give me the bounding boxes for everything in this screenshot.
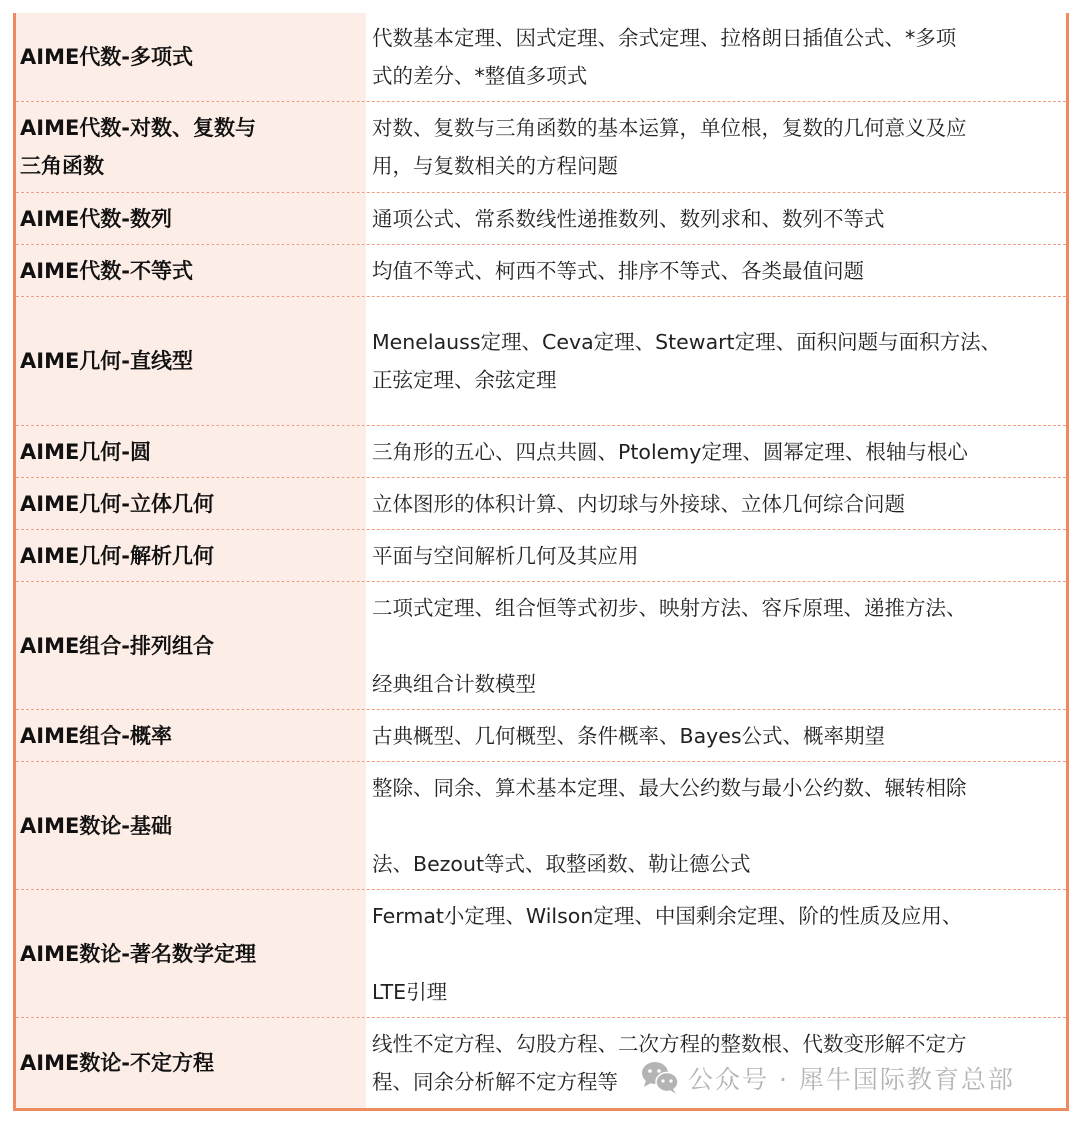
topic-line: AIME代数-多项式 [20,38,193,76]
topic-cell: AIME几何-直线型 [16,297,366,425]
content-line: 均值不等式、柯西不等式、排序不等式、各类最值问题 [372,252,1056,290]
topic-line: AIME代数-不等式 [20,252,193,290]
topic-line: AIME几何-解析几何 [20,537,214,575]
content-line: Fermat小定理、Wilson定理、中国剩余定理、阶的性质及应用、 [372,897,1056,935]
topic-cell: AIME代数-数列 [16,193,366,244]
topic-line: AIME几何-圆 [20,433,151,471]
content-line: 代数基本定理、因式定理、余式定理、拉格朗日插值公式、*多项 [372,19,1056,57]
topic-line: 三角函数 [20,147,256,185]
table-row: AIME数论-著名数学定理Fermat小定理、Wilson定理、中国剩余定理、阶… [16,890,1066,1018]
content-line: 三角形的五心、四点共圆、Ptolemy定理、圆幂定理、根轴与根心 [372,433,1056,471]
content-line: 整除、同余、算术基本定理、最大公约数与最小公约数、辗转相除 [372,769,1056,807]
content-cell: Menelauss定理、Ceva定理、Stewart定理、面积问题与面积方法、正… [366,297,1066,425]
content-line: Menelauss定理、Ceva定理、Stewart定理、面积问题与面积方法、 [372,323,1056,361]
content-line: 正弦定理、余弦定理 [372,361,1056,399]
table-row: AIME组合-概率古典概型、几何概型、条件概率、Bayes公式、概率期望 [16,710,1066,762]
content-cell: 代数基本定理、因式定理、余式定理、拉格朗日插值公式、*多项式的差分、*整值多项式 [366,13,1066,101]
topic-line: AIME几何-立体几何 [20,485,214,523]
topic-cell: AIME几何-立体几何 [16,478,366,529]
topic-line: AIME数论-不定方程 [20,1044,214,1082]
content-cell: 对数、复数与三角函数的基本运算，单位根，复数的几何意义及应用，与复数相关的方程问… [366,102,1066,192]
table-row: AIME几何-解析几何平面与空间解析几何及其应用 [16,530,1066,582]
topic-cell: AIME代数-对数、复数与三角函数 [16,102,366,192]
content-line: 式的差分、*整值多项式 [372,57,1056,95]
table-row: AIME几何-立体几何立体图形的体积计算、内切球与外接球、立体几何综合问题 [16,478,1066,530]
topic-line: AIME代数-对数、复数与 [20,109,256,147]
content-cell: 三角形的五心、四点共圆、Ptolemy定理、圆幂定理、根轴与根心 [366,426,1066,477]
table-row: AIME代数-对数、复数与三角函数对数、复数与三角函数的基本运算，单位根，复数的… [16,102,1066,193]
table-row: AIME几何-直线型Menelauss定理、Ceva定理、Stewart定理、面… [16,297,1066,426]
syllabus-table: AIME代数-多项式代数基本定理、因式定理、余式定理、拉格朗日插值公式、*多项式… [13,13,1069,1111]
content-cell: Fermat小定理、Wilson定理、中国剩余定理、阶的性质及应用、LTE引理 [366,890,1066,1017]
watermark-text: 公众号 · 犀牛国际教育总部 [688,1060,1015,1096]
table-row: AIME代数-多项式代数基本定理、因式定理、余式定理、拉格朗日插值公式、*多项式… [16,13,1066,102]
topic-line: AIME数论-基础 [20,807,172,845]
content-cell: 立体图形的体积计算、内切球与外接球、立体几何综合问题 [366,478,1066,529]
content-cell: 整除、同余、算术基本定理、最大公约数与最小公约数、辗转相除法、Bezout等式、… [366,762,1066,889]
topic-cell: AIME数论-基础 [16,762,366,889]
topic-cell: AIME代数-不等式 [16,245,366,296]
watermark: 公众号 · 犀牛国际教育总部 [640,1060,1015,1096]
content-cell: 二项式定理、组合恒等式初步、映射方法、容斥原理、递推方法、经典组合计数模型 [366,582,1066,709]
wechat-icon [640,1060,680,1096]
topic-cell: AIME代数-多项式 [16,13,366,101]
topic-line: AIME代数-数列 [20,200,172,238]
content-line: 对数、复数与三角函数的基本运算，单位根，复数的几何意义及应 [372,109,1056,147]
topic-line: AIME组合-排列组合 [20,627,214,665]
content-line: 用，与复数相关的方程问题 [372,147,1056,185]
topic-cell: AIME组合-概率 [16,710,366,761]
topic-cell: AIME几何-圆 [16,426,366,477]
content-line: 古典概型、几何概型、条件概率、Bayes公式、概率期望 [372,717,1056,755]
topic-cell: AIME组合-排列组合 [16,582,366,709]
content-line: 通项公式、常系数线性递推数列、数列求和、数列不等式 [372,200,1056,238]
topic-cell: AIME几何-解析几何 [16,530,366,581]
content-line: 线性不定方程、勾股方程、二次方程的整数根、代数变形解不定方 [372,1025,1056,1063]
content-line: 二项式定理、组合恒等式初步、映射方法、容斥原理、递推方法、 [372,589,1056,627]
topic-cell: AIME数论-不定方程 [16,1018,366,1108]
content-line: 经典组合计数模型 [372,665,1056,703]
topic-line: AIME数论-著名数学定理 [20,935,256,973]
table-row: AIME代数-不等式均值不等式、柯西不等式、排序不等式、各类最值问题 [16,245,1066,297]
content-cell: 均值不等式、柯西不等式、排序不等式、各类最值问题 [366,245,1066,296]
topic-line: AIME几何-直线型 [20,342,193,380]
topic-cell: AIME数论-著名数学定理 [16,890,366,1017]
content-cell: 平面与空间解析几何及其应用 [366,530,1066,581]
table-row: AIME几何-圆三角形的五心、四点共圆、Ptolemy定理、圆幂定理、根轴与根心 [16,426,1066,478]
content-line: 法、Bezout等式、取整函数、勒让德公式 [372,845,1056,883]
table-row: AIME数论-基础整除、同余、算术基本定理、最大公约数与最小公约数、辗转相除法、… [16,762,1066,890]
table-row: AIME组合-排列组合二项式定理、组合恒等式初步、映射方法、容斥原理、递推方法、… [16,582,1066,710]
content-cell: 通项公式、常系数线性递推数列、数列求和、数列不等式 [366,193,1066,244]
table-row: AIME代数-数列通项公式、常系数线性递推数列、数列求和、数列不等式 [16,193,1066,245]
content-line: LTE引理 [372,973,1056,1011]
content-line: 立体图形的体积计算、内切球与外接球、立体几何综合问题 [372,485,1056,523]
content-line: 平面与空间解析几何及其应用 [372,537,1056,575]
topic-line: AIME组合-概率 [20,717,172,755]
content-cell: 古典概型、几何概型、条件概率、Bayes公式、概率期望 [366,710,1066,761]
